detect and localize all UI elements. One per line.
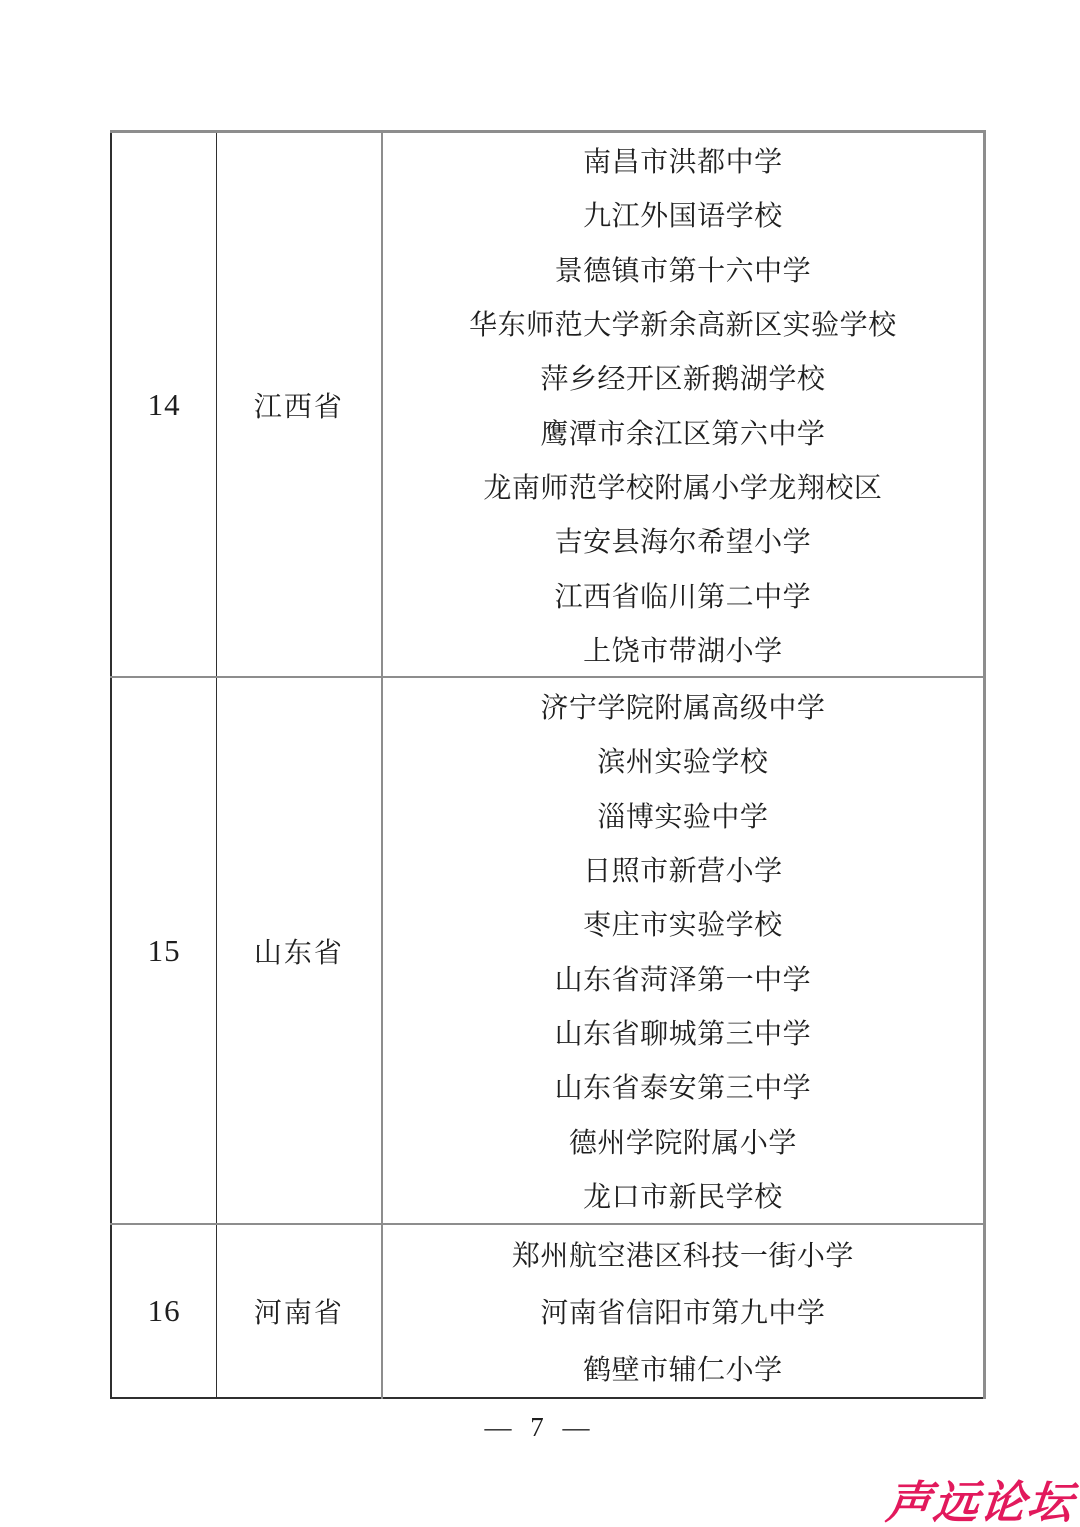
school-name: 龙南师范学校附属小学龙翔校区 — [383, 459, 983, 513]
school-name: 九江外国语学校 — [383, 187, 983, 241]
row-number: 16 — [111, 1224, 217, 1398]
school-name: 萍乡经开区新鹅湖学校 — [383, 350, 983, 404]
school-name: 吉安县海尔希望小学 — [383, 513, 983, 567]
school-name: 郑州航空港区科技一街小学 — [383, 1225, 983, 1282]
school-name: 鹰潭市余江区第六中学 — [383, 405, 983, 459]
table-row: 15 山东省 济宁学院附属高级中学 滨州实验学校 淄博实验中学 日照市新营小学 … — [111, 677, 985, 1224]
school-name: 滨州实验学校 — [383, 733, 983, 787]
table-row: 16 河南省 郑州航空港区科技一街小学 河南省信阳市第九中学 鹤壁市辅仁小学 — [111, 1224, 985, 1398]
school-list: 郑州航空港区科技一街小学 河南省信阳市第九中学 鹤壁市辅仁小学 — [382, 1224, 985, 1398]
school-name: 济宁学院附属高级中学 — [383, 679, 983, 733]
province-name: 山东省 — [217, 677, 382, 1224]
school-name: 德州学院附属小学 — [383, 1113, 983, 1167]
school-name: 景德镇市第十六中学 — [383, 242, 983, 296]
school-list: 南昌市洪都中学 九江外国语学校 景德镇市第十六中学 华东师范大学新余高新区实验学… — [382, 132, 985, 678]
school-name: 龙口市新民学校 — [383, 1168, 983, 1222]
province-name: 江西省 — [217, 132, 382, 678]
school-name: 江西省临川第二中学 — [383, 567, 983, 621]
school-name: 淄博实验中学 — [383, 788, 983, 842]
school-award-table: 14 江西省 南昌市洪都中学 九江外国语学校 景德镇市第十六中学 华东师范大学新… — [110, 130, 986, 1399]
page-number: — 7 — — [0, 1412, 1080, 1443]
school-name: 日照市新营小学 — [383, 842, 983, 896]
school-name: 山东省菏泽第一中学 — [383, 951, 983, 1005]
shengyuan-forum-watermark-logo: 声远论坛 — [884, 1480, 1077, 1525]
school-list: 济宁学院附属高级中学 滨州实验学校 淄博实验中学 日照市新营小学 枣庄市实验学校… — [382, 677, 985, 1224]
school-name: 南昌市洪都中学 — [383, 133, 983, 187]
school-name: 上饶市带湖小学 — [383, 622, 983, 676]
school-name: 鹤壁市辅仁小学 — [383, 1340, 983, 1397]
school-name: 河南省信阳市第九中学 — [383, 1282, 983, 1339]
table-row: 14 江西省 南昌市洪都中学 九江外国语学校 景德镇市第十六中学 华东师范大学新… — [111, 132, 985, 678]
row-number: 15 — [111, 677, 217, 1224]
province-name: 河南省 — [217, 1224, 382, 1398]
school-name: 华东师范大学新余高新区实验学校 — [383, 296, 983, 350]
row-number: 14 — [111, 132, 217, 678]
school-name: 山东省聊城第三中学 — [383, 1005, 983, 1059]
document-page: 14 江西省 南昌市洪都中学 九江外国语学校 景德镇市第十六中学 华东师范大学新… — [0, 0, 1080, 1527]
school-name: 山东省泰安第三中学 — [383, 1059, 983, 1113]
school-name: 枣庄市实验学校 — [383, 896, 983, 950]
